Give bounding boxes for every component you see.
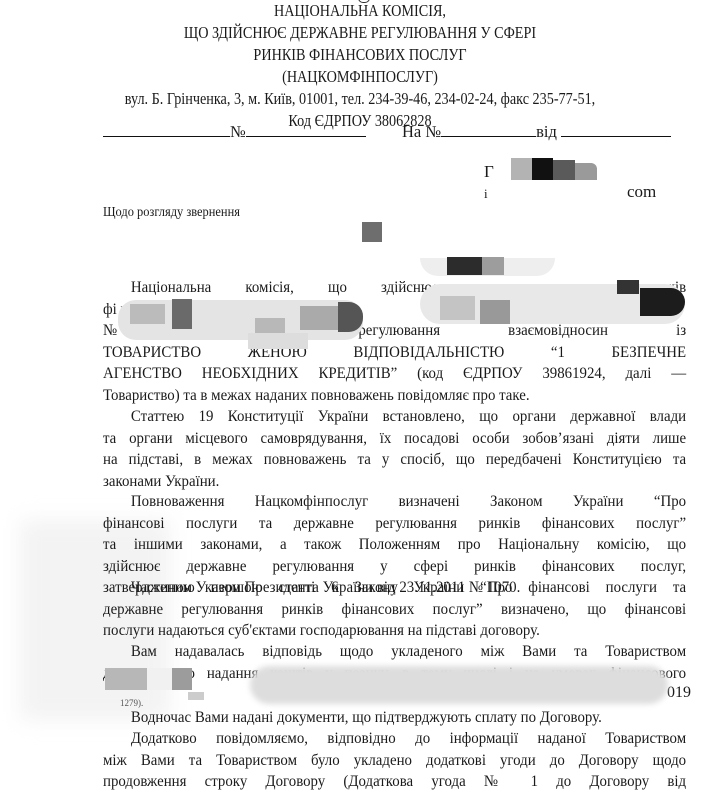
redaction-block [447,257,482,275]
outgoing-number-blank [246,122,366,137]
redaction-block [553,160,575,180]
org-name-line2: ЩО ЗДІЙСНЮЄ ДЕРЖАВНЕ РЕГУЛЮВАННЯ У СФЕРІ [50,22,669,44]
text-line: Додатково повідомляємо, відповідно до ін… [103,728,686,750]
redaction-block [440,296,475,320]
redaction-block [147,668,172,690]
redaction-block [130,304,165,324]
text-line: Товариство) та в межах наданих повноваже… [103,385,686,407]
redaction-block [617,280,639,294]
org-name-line3: РИНКІВ ФІНАНСОВИХ ПОСЛУГ [50,44,669,66]
recipient-initial: Г [484,162,494,182]
text-line: та органи місцевого самоврядування, їх п… [103,428,686,450]
from-label: від [536,122,557,141]
text-line: Частиною першою статті 6 Закону України … [103,577,686,599]
redaction-block [511,158,532,180]
org-abbreviation: (НАЦКОМФІНПОСЛУГ) [50,66,669,88]
text-line: послуги надаються суб'єктами господарюва… [103,620,686,642]
text-line: державне регулювання ринків фінансових п… [103,599,686,621]
redaction-block [172,668,192,690]
text-line: ТОВАРИСТВО ЖЕНОЮ ВІДПОВІДАЛЬНІСТЮ “1 БЕЗ… [103,342,686,364]
redaction-block [575,163,597,180]
text-line: фінансові послуги та державне регулюванн… [103,513,686,535]
text-line: здійснює державне регулювання у сфері ри… [103,556,686,578]
text-line: та іншими законами, а також Положенням п… [103,534,686,556]
paragraph-2: Статтею 19 Конституції України встановле… [103,406,686,492]
text-line: АГЕНСТВО НЕОБХІДНИХ КРЕДИТІВ” (код ЄДРПО… [103,363,686,385]
redaction-block [362,222,382,242]
redaction-blur [250,666,668,704]
redaction-block [188,692,204,700]
redaction-block [640,288,685,316]
text-line: Повноваження Нацкомфінпослуг визначені З… [103,491,686,513]
redaction-block [172,299,192,329]
redaction-block [480,300,510,324]
redaction-block [482,257,504,275]
org-name-line1: НАЦІОНАЛЬНА КОМІСІЯ, [50,0,669,22]
number-sign: № [230,122,246,141]
text-line: законами України. [103,471,686,493]
redaction-block [105,668,147,690]
reply-to-label: На № [402,122,441,141]
paragraph-4: Частиною першою статті 6 Закону України … [103,577,686,642]
recipient-line2-initial: і [484,186,488,202]
text-fragment: 019 [667,684,691,702]
paragraph-7: Додатково повідомляємо, відповідно до ін… [103,728,686,793]
text-line: на підставі, в межах повноважень та у сп… [103,449,686,471]
letter-subject: Щодо розгляду звернення [103,204,240,220]
redaction-block [300,306,340,330]
recipient-email-suffix: com [627,182,656,202]
reply-date-blank [561,122,671,137]
reply-number-blank [441,122,536,137]
text-line: Вам надавалась відповідь щодо укладеного… [103,641,686,663]
text-line: продовження строку Договору (Додаткова у… [103,771,686,793]
redaction-block [338,302,363,332]
text-line: між Вами та Товариством було укладено до… [103,750,686,772]
redaction-blur [248,333,308,349]
reference-line: № На №від [103,122,671,142]
redaction-block [532,158,553,180]
text-line: Статтею 19 Конституції України встановле… [103,406,686,428]
text-line: Водночас Вами надані документи, що підтв… [103,707,686,729]
paragraph-6: Водночас Вами надані документи, що підтв… [103,707,686,729]
outgoing-date-blank [103,122,230,137]
org-address: вул. Б. Грінченка, 3, м. Київ, 01001, те… [50,88,669,110]
letterhead: НАЦІОНАЛЬНА КОМІСІЯ, ЩО ЗДІЙСНЮЄ ДЕРЖАВН… [0,0,720,132]
